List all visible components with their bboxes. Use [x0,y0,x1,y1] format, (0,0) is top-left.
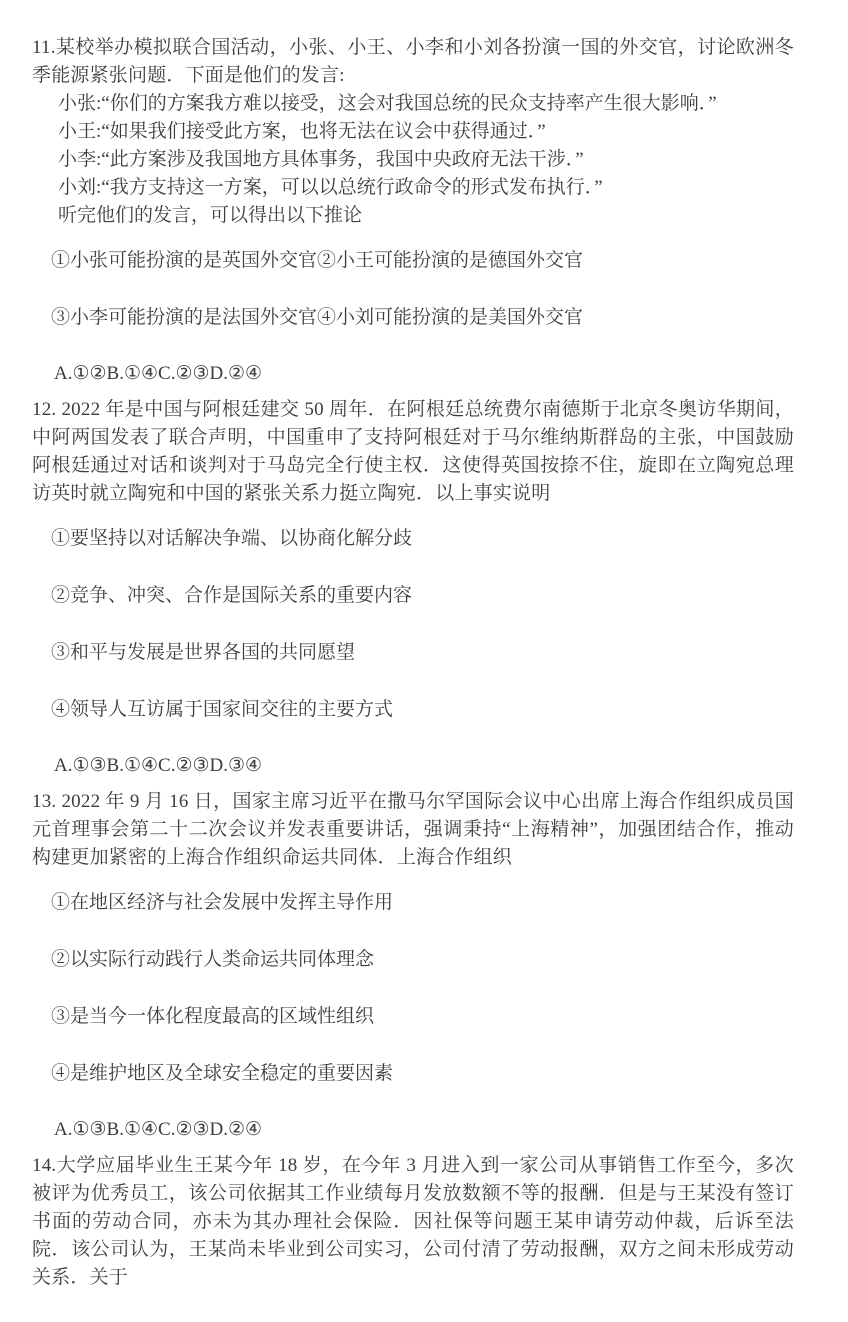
question-11-option-line-2: ③小李可能扮演的是法国外交官④小刘可能扮演的是美国外交官 [32,304,794,332]
question-13-option-3: ③是当今一体化程度最高的区域性组织 [32,1003,794,1031]
question-11-conclusion-line: 听完他们的发言，可以得出以下推论 [32,202,794,230]
question-11-speech-xiaoli: 小李:“此方案涉及我国地方具体事务，我国中央政府无法干涉．” [32,146,794,174]
exam-document-page: 11.某校举办模拟联合国活动，小张、小王、小李和小刘各扮演一国的外交官，讨论欧洲… [0,0,848,1322]
question-13-answer-choices: A.①③B.①④C.②③D.②④ [32,1116,794,1144]
question-12-answer-choices: A.①③B.①④C.②③D.③④ [32,752,794,780]
question-13-stem: 13. 2022 年 9 月 16 日，国家主席习近平在撒马尔罕国际会议中心出席… [32,788,794,872]
question-11-stem: 11.某校举办模拟联合国活动，小张、小王、小李和小刘各扮演一国的外交官，讨论欧洲… [32,34,794,90]
question-13-option-4: ④是维护地区及全球安全稳定的重要因素 [32,1060,794,1088]
question-12-option-3: ③和平与发展是世界各国的共同愿望 [32,639,794,667]
question-12-option-4: ④领导人互访属于国家间交往的主要方式 [32,696,794,724]
question-12-stem: 12. 2022 年是中国与阿根廷建交 50 周年．在阿根廷总统费尔南德斯于北京… [32,396,794,508]
question-13-option-2: ②以实际行动践行人类命运共同体理念 [32,946,794,974]
question-11: 11.某校举办模拟联合国活动，小张、小王、小李和小刘各扮演一国的外交官，讨论欧洲… [32,34,794,388]
question-13-option-1: ①在地区经济与社会发展中发挥主导作用 [32,889,794,917]
question-12: 12. 2022 年是中国与阿根廷建交 50 周年．在阿根廷总统费尔南德斯于北京… [32,396,794,780]
question-12-option-1: ①要坚持以对话解决争端、以协商化解分歧 [32,525,794,553]
question-14-stem: 14.大学应届毕业生王某今年 18 岁，在今年 3 月进入到一家公司从事销售工作… [32,1152,794,1292]
question-11-speech-xiaoliu: 小刘:“我方支持这一方案，可以以总统行政命令的形式发布执行．” [32,174,794,202]
question-11-option-line-1: ①小张可能扮演的是英国外交官②小王可能扮演的是德国外交官 [32,247,794,275]
question-12-option-2: ②竞争、冲突、合作是国际关系的重要内容 [32,582,794,610]
question-13: 13. 2022 年 9 月 16 日，国家主席习近平在撒马尔罕国际会议中心出席… [32,788,794,1144]
question-11-answer-choices: A.①②B.①④C.②③D.②④ [32,360,794,388]
question-14: 14.大学应届毕业生王某今年 18 岁，在今年 3 月进入到一家公司从事销售工作… [32,1152,794,1292]
question-11-speech-xiaowang: 小王:“如果我们接受此方案，也将无法在议会中获得通过．” [32,118,794,146]
question-11-speech-xiaozhang: 小张:“你们的方案我方难以接受，这会对我国总统的民众支持率产生很大影响．” [32,90,794,118]
